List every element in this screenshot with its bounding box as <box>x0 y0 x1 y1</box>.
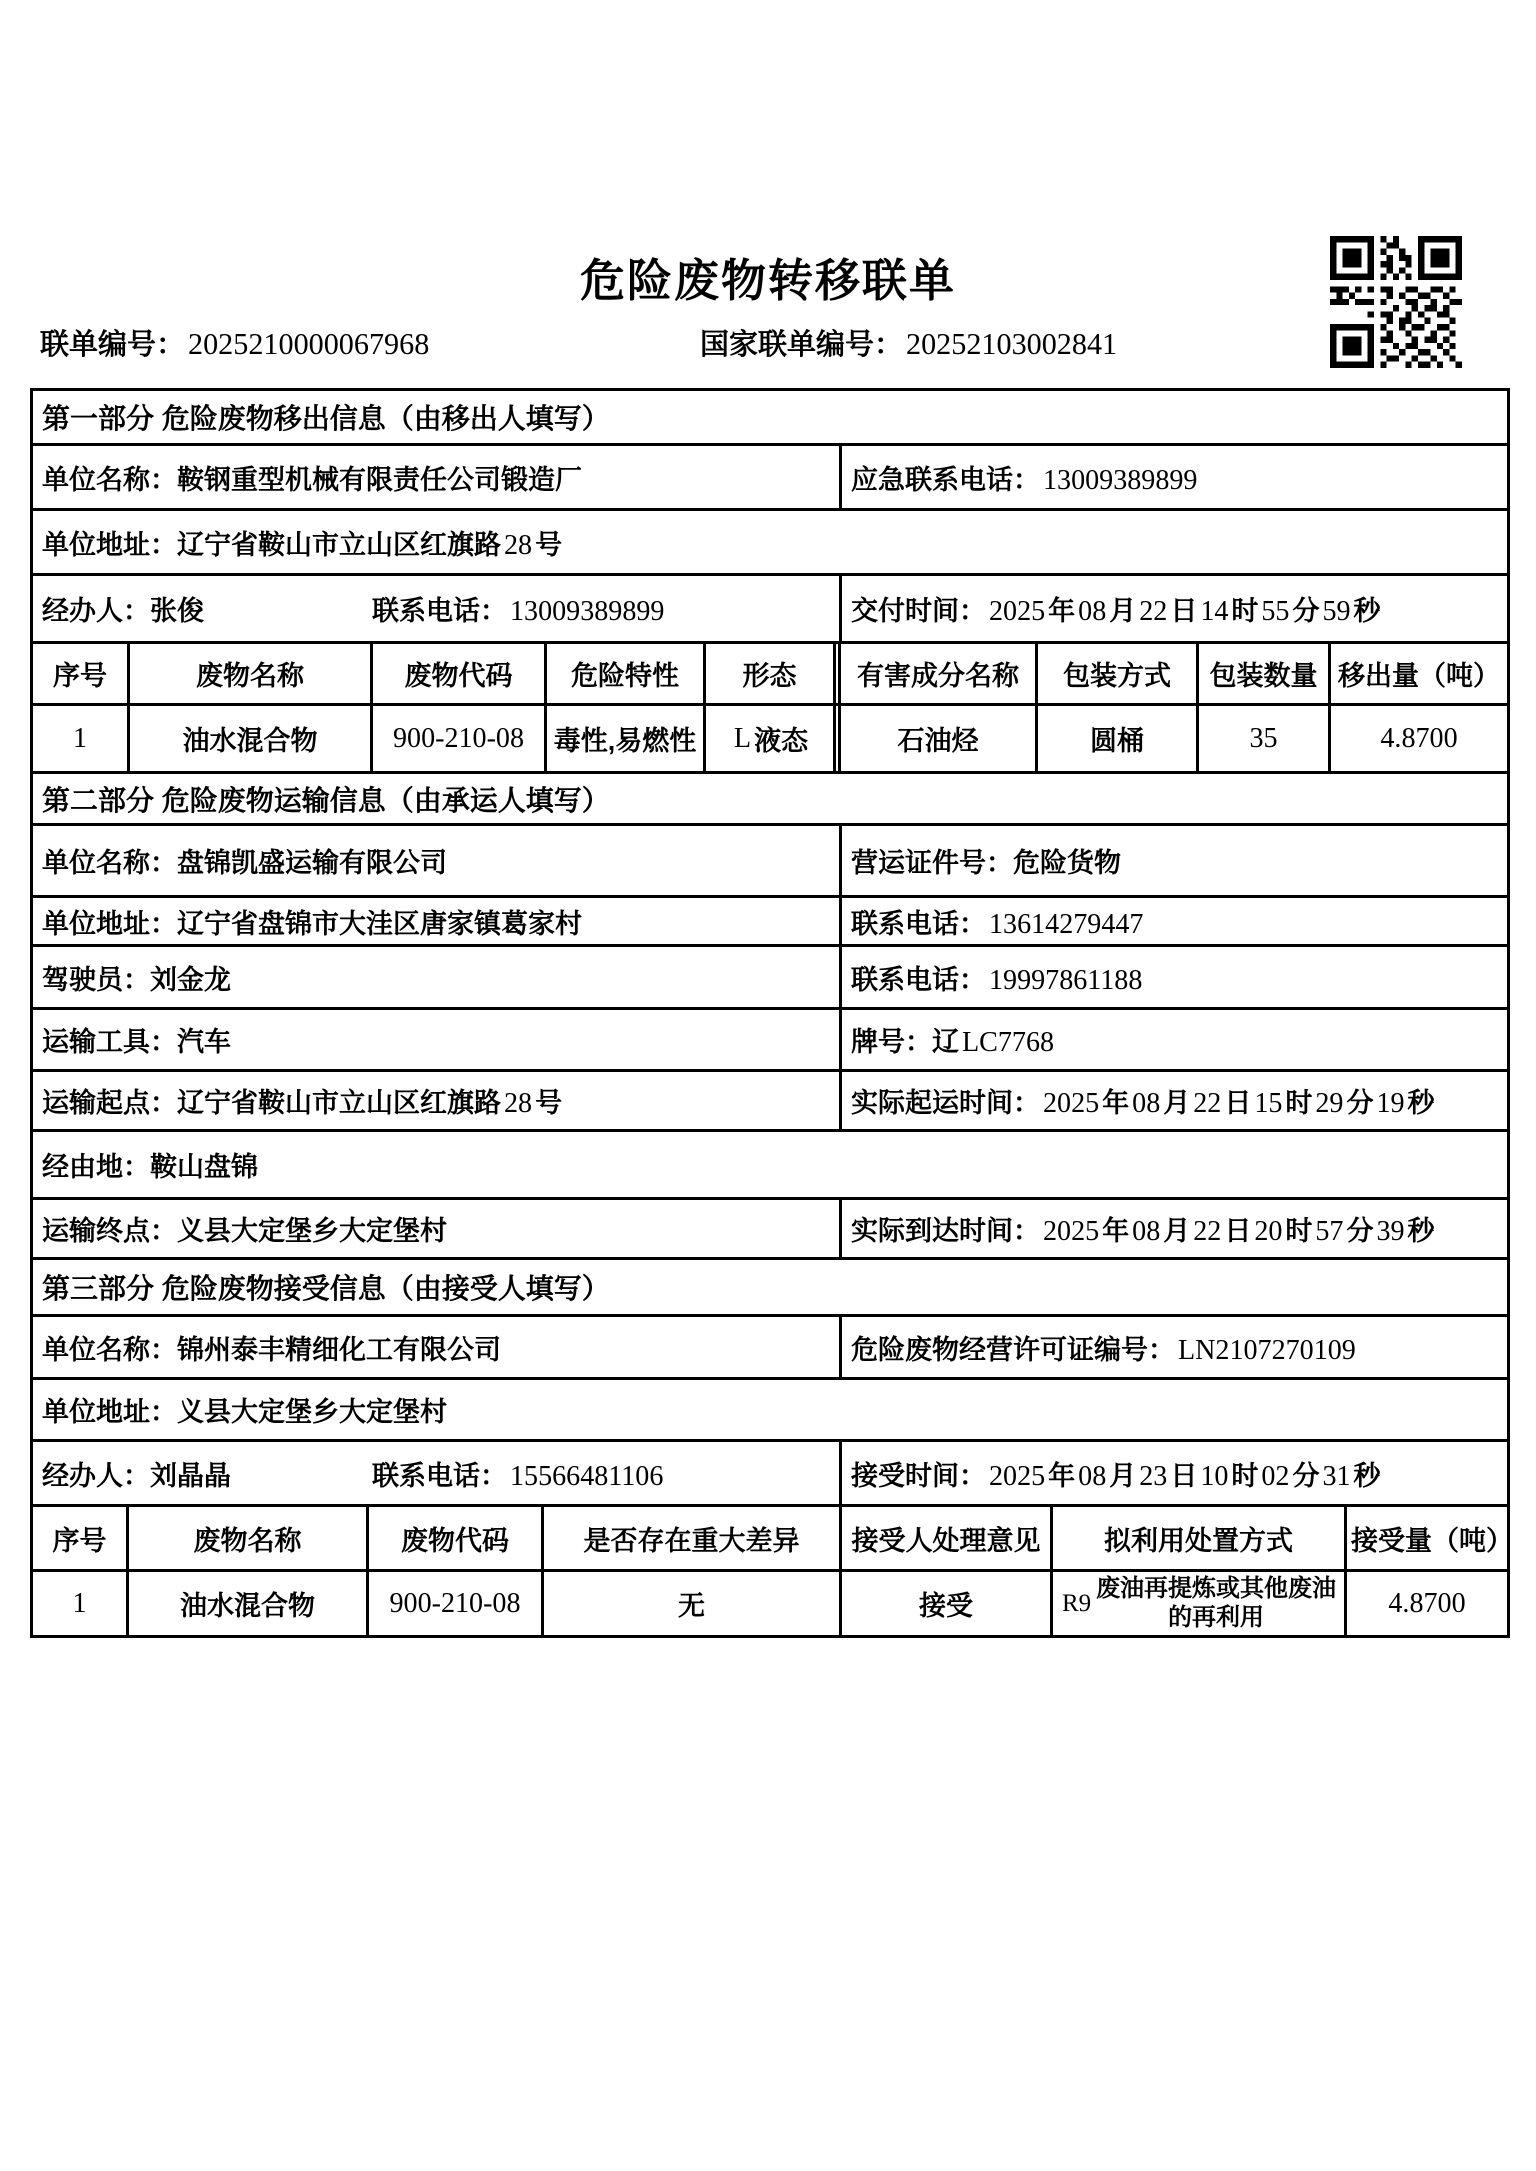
part1-agent-label: 经办人： <box>42 596 150 626</box>
part3-company-value: 锦州泰丰精细化工有限公司 <box>177 1335 501 1365</box>
part2-section-title: 第二部分 危险废物运输信息（由承运人填写） <box>33 774 1507 823</box>
part1-phone-value: 13009389899 <box>507 596 667 626</box>
part2-origin-value: 辽宁省鞍山市立山区红旗路28号 <box>177 1088 562 1118</box>
part1-company-value: 鞍钢重型机械有限责任公司锻造厂 <box>177 465 582 495</box>
part3-accept-time-label: 接受时间： <box>851 1461 986 1491</box>
part3-section-row: 第三部分 危险废物接受信息（由接受人填写） <box>33 1257 1507 1314</box>
part3-phone-value: 15566481106 <box>507 1461 666 1491</box>
part2-vehicle-label: 运输工具： <box>42 1027 177 1057</box>
part1-phone-label: 联系电话： <box>372 596 507 626</box>
part2-plate-field: 牌号：辽LC7768 <box>839 1010 1507 1069</box>
waste-form: L 液态 <box>703 706 833 771</box>
part2-phone1-label: 联系电话： <box>851 909 986 939</box>
col-header-package-count: 包装数量 <box>1196 644 1328 703</box>
part3-permit-value: LN2107270109 <box>1175 1335 1359 1365</box>
part3-permit-field: 危险废物经营许可证编号：LN2107270109 <box>839 1317 1507 1377</box>
manifest-number-label: 联单编号： <box>40 329 185 361</box>
waste-code: 900-210-08 <box>370 706 544 771</box>
manifest-meta-line: 联单编号：2025210000067968 国家联单编号：20252103002… <box>0 322 1536 362</box>
accept-discrepancy: 无 <box>541 1572 839 1635</box>
part2-destination-row: 运输终点：义县大定堡乡大定堡村 实际到达时间：2025年08月22日20时57分… <box>33 1197 1507 1257</box>
col-header-waste-code: 废物代码 <box>370 644 544 703</box>
part2-arrive-time-label: 实际到达时间： <box>851 1216 1040 1246</box>
part3-accept-table-row: 1 油水混合物 900-210-08 无 接受 R9 废油再提炼或其他废油的再利… <box>33 1569 1507 1635</box>
col-header-discrepancy: 是否存在重大差异 <box>541 1507 839 1569</box>
part2-vehicle-row: 运输工具：汽车 牌号：辽LC7768 <box>33 1007 1507 1069</box>
accept-waste-code: 900-210-08 <box>366 1572 541 1635</box>
part3-address-label: 单位地址： <box>42 1397 177 1427</box>
part2-address-label: 单位地址： <box>42 909 177 939</box>
part1-address-value: 辽宁省鞍山市立山区红旗路28号 <box>177 530 562 560</box>
part1-emergency-phone-label: 应急联系电话： <box>851 465 1040 495</box>
accept-seq: 1 <box>33 1572 126 1635</box>
part2-origin-row: 运输起点：辽宁省鞍山市立山区红旗路28号 实际起运时间：2025年08月22日1… <box>33 1069 1507 1129</box>
part2-vehicle-field: 运输工具：汽车 <box>33 1010 839 1069</box>
part2-driver-value: 刘金龙 <box>150 965 231 995</box>
part1-waste-table-row: 1 油水混合物 900-210-08 毒性,易燃性 L 液态 石油烃 圆桶 35… <box>33 703 1507 771</box>
part1-company-field: 单位名称：鞍钢重型机械有限责任公司锻造厂 <box>33 446 839 508</box>
part3-section-title: 第三部分 危险废物接受信息（由接受人填写） <box>33 1260 1507 1314</box>
part2-arrive-time-field: 实际到达时间：2025年08月22日20时57分39秒 <box>839 1200 1507 1257</box>
col-header-waste-name2: 废物名称 <box>126 1507 366 1569</box>
part2-plate-value: 辽LC7768 <box>932 1027 1057 1057</box>
part2-phone1-value: 13614279447 <box>986 909 1146 939</box>
part1-agent-field: 经办人：张俊 联系电话：13009389899 <box>33 576 839 641</box>
part1-address-label: 单位地址： <box>42 530 177 560</box>
part3-accept-time-field: 接受时间：2025年08月23日10时02分31秒 <box>839 1442 1507 1504</box>
col-header-seq: 序号 <box>33 644 127 703</box>
part2-address-value: 辽宁省盘锦市大洼区唐家镇葛家村 <box>177 909 582 939</box>
col-header-waste-code2: 废物代码 <box>366 1507 541 1569</box>
part3-agent-field: 经办人：刘晶晶 联系电话：15566481106 <box>33 1442 839 1504</box>
part2-driver-label: 驾驶员： <box>42 965 150 995</box>
col-header-harmful-component: 有害成分名称 <box>833 644 1035 703</box>
part2-via-value: 鞍山盘锦 <box>150 1152 258 1182</box>
part2-depart-time-field: 实际起运时间：2025年08月22日15时29分19秒 <box>839 1072 1507 1129</box>
part2-depart-time-label: 实际起运时间： <box>851 1088 1040 1118</box>
part2-address-field: 单位地址：辽宁省盘锦市大洼区唐家镇葛家村 <box>33 898 839 944</box>
waste-seq: 1 <box>33 706 127 771</box>
national-number-label: 国家联单编号： <box>700 329 903 361</box>
part1-address-field: 单位地址：辽宁省鞍山市立山区红旗路28号 <box>33 511 1507 573</box>
part2-depart-time-value: 2025年08月22日15时29分19秒 <box>1040 1088 1435 1118</box>
part2-driver-row: 驾驶员：刘金龙 联系电话：19997861188 <box>33 944 1507 1007</box>
part2-plate-label: 牌号： <box>851 1027 932 1057</box>
part1-section-title: 第一部分 危险废物移出信息（由移出人填写） <box>33 391 1507 443</box>
part1-delivery-time-field: 交付时间：2025年08月22日14时55分59秒 <box>839 576 1507 641</box>
part3-phone-label: 联系电话： <box>372 1461 507 1491</box>
part1-agent-row: 经办人：张俊 联系电话：13009389899 交付时间：2025年08月22日… <box>33 573 1507 641</box>
part1-emergency-phone-value: 13009389899 <box>1040 465 1200 495</box>
part2-phone2-field: 联系电话：19997861188 <box>839 947 1507 1007</box>
part2-via-row: 经由地：鞍山盘锦 <box>33 1129 1507 1197</box>
waste-hazard: 毒性,易燃性 <box>544 706 703 771</box>
part2-phone2-value: 19997861188 <box>986 965 1145 995</box>
part1-delivery-time-value: 2025年08月22日14时55分59秒 <box>986 596 1381 626</box>
col-header-seq2: 序号 <box>33 1507 126 1569</box>
part3-agent-value: 刘晶晶 <box>150 1461 231 1491</box>
manifest-number-group: 联单编号：2025210000067968 <box>40 322 432 363</box>
part2-vehicle-value: 汽车 <box>177 1027 231 1057</box>
part2-company-field: 单位名称：盘锦凯盛运输有限公司 <box>33 826 839 895</box>
national-number-group: 国家联单编号：20252103002841 <box>700 322 1120 363</box>
manifest-number-value: 2025210000067968 <box>185 327 432 361</box>
col-header-form: 形态 <box>703 644 833 703</box>
waste-package-count: 35 <box>1196 706 1328 771</box>
manifest-grid: 第一部分 危险废物移出信息（由移出人填写） 单位名称：鞍钢重型机械有限责任公司锻… <box>30 388 1510 1638</box>
accept-opinion: 接受 <box>839 1572 1050 1635</box>
part2-license-value: 危险货物 <box>1013 848 1121 878</box>
part2-license-field: 营运证件号：危险货物 <box>839 826 1507 895</box>
col-header-receiver-opinion: 接受人处理意见 <box>839 1507 1050 1569</box>
part3-company-label: 单位名称： <box>42 1335 177 1365</box>
waste-harmful-component: 石油烃 <box>833 706 1035 771</box>
part2-address-row: 单位地址：辽宁省盘锦市大洼区唐家镇葛家村 联系电话：13614279447 <box>33 895 1507 944</box>
part2-section-row: 第二部分 危险废物运输信息（由承运人填写） <box>33 771 1507 823</box>
part1-address-row: 单位地址：辽宁省鞍山市立山区红旗路28号 <box>33 508 1507 573</box>
part1-section-row: 第一部分 危险废物移出信息（由移出人填写） <box>33 391 1507 443</box>
national-number-value: 20252103002841 <box>903 327 1120 361</box>
part2-company-row: 单位名称：盘锦凯盛运输有限公司 营运证件号：危险货物 <box>33 823 1507 895</box>
part2-driver-field: 驾驶员：刘金龙 <box>33 947 839 1007</box>
qr-code-icon <box>1330 236 1462 368</box>
part1-delivery-time-label: 交付时间： <box>851 596 986 626</box>
waste-transfer-amount: 4.8700 <box>1328 706 1507 771</box>
part2-via-label: 经由地： <box>42 1152 150 1182</box>
part2-via-field: 经由地：鞍山盘锦 <box>33 1132 1507 1197</box>
part2-origin-field: 运输起点：辽宁省鞍山市立山区红旗路28号 <box>33 1072 839 1129</box>
part2-license-label: 营运证件号： <box>851 848 1013 878</box>
part1-agent-value: 张俊 <box>150 596 204 626</box>
accept-waste-name: 油水混合物 <box>126 1572 366 1635</box>
part3-company-row: 单位名称：锦州泰丰精细化工有限公司 危险废物经营许可证编号：LN21072701… <box>33 1314 1507 1377</box>
col-header-transfer-amount: 移出量（吨） <box>1328 644 1507 703</box>
part3-permit-label: 危险废物经营许可证编号： <box>851 1335 1175 1365</box>
col-header-hazard: 危险特性 <box>544 644 703 703</box>
col-header-accept-amount: 接受量（吨） <box>1344 1507 1507 1569</box>
part1-company-row: 单位名称：鞍钢重型机械有限责任公司锻造厂 应急联系电话：13009389899 <box>33 443 1507 508</box>
page-title: 危险废物转移联单 <box>0 244 1536 309</box>
part2-destination-field: 运输终点：义县大定堡乡大定堡村 <box>33 1200 839 1257</box>
part3-accept-time-value: 2025年08月23日10时02分31秒 <box>986 1461 1381 1491</box>
part1-waste-table-header: 序号 废物名称 废物代码 危险特性 形态 有害成分名称 包装方式 包装数量 移出… <box>33 641 1507 703</box>
accept-disposal-method: R9 废油再提炼或其他废油的再利用 <box>1050 1572 1344 1635</box>
part1-emergency-phone-field: 应急联系电话：13009389899 <box>839 446 1507 508</box>
part3-company-field: 单位名称：锦州泰丰精细化工有限公司 <box>33 1317 839 1377</box>
accept-amount: 4.8700 <box>1344 1572 1507 1635</box>
waste-packaging: 圆桶 <box>1035 706 1196 771</box>
part2-origin-label: 运输起点： <box>42 1088 177 1118</box>
part2-phone1-field: 联系电话：13614279447 <box>839 898 1507 944</box>
part2-destination-label: 运输终点： <box>42 1216 177 1246</box>
col-header-waste-name: 废物名称 <box>127 644 370 703</box>
part3-address-row: 单位地址：义县大定堡乡大定堡村 <box>33 1377 1507 1439</box>
part3-agent-row: 经办人：刘晶晶 联系电话：15566481106 接受时间：2025年08月23… <box>33 1439 1507 1504</box>
part1-company-label: 单位名称： <box>42 465 177 495</box>
part3-agent-label: 经办人： <box>42 1461 150 1491</box>
part2-company-label: 单位名称： <box>42 848 177 878</box>
part3-address-field: 单位地址：义县大定堡乡大定堡村 <box>33 1380 1507 1439</box>
col-header-disposal-method: 拟利用处置方式 <box>1050 1507 1344 1569</box>
part2-arrive-time-value: 2025年08月22日20时57分39秒 <box>1040 1216 1435 1246</box>
part2-company-value: 盘锦凯盛运输有限公司 <box>177 848 447 878</box>
col-header-packaging: 包装方式 <box>1035 644 1196 703</box>
part3-address-value: 义县大定堡乡大定堡村 <box>177 1397 447 1427</box>
part2-destination-value: 义县大定堡乡大定堡村 <box>177 1216 447 1246</box>
part3-accept-table-header: 序号 废物名称 废物代码 是否存在重大差异 接受人处理意见 拟利用处置方式 接受… <box>33 1504 1507 1569</box>
part2-phone2-label: 联系电话： <box>851 965 986 995</box>
manifest-document: 危险废物转移联单 联单编号：2025210000067968 国家联单编号：20… <box>0 0 1536 2171</box>
waste-name: 油水混合物 <box>127 706 370 771</box>
